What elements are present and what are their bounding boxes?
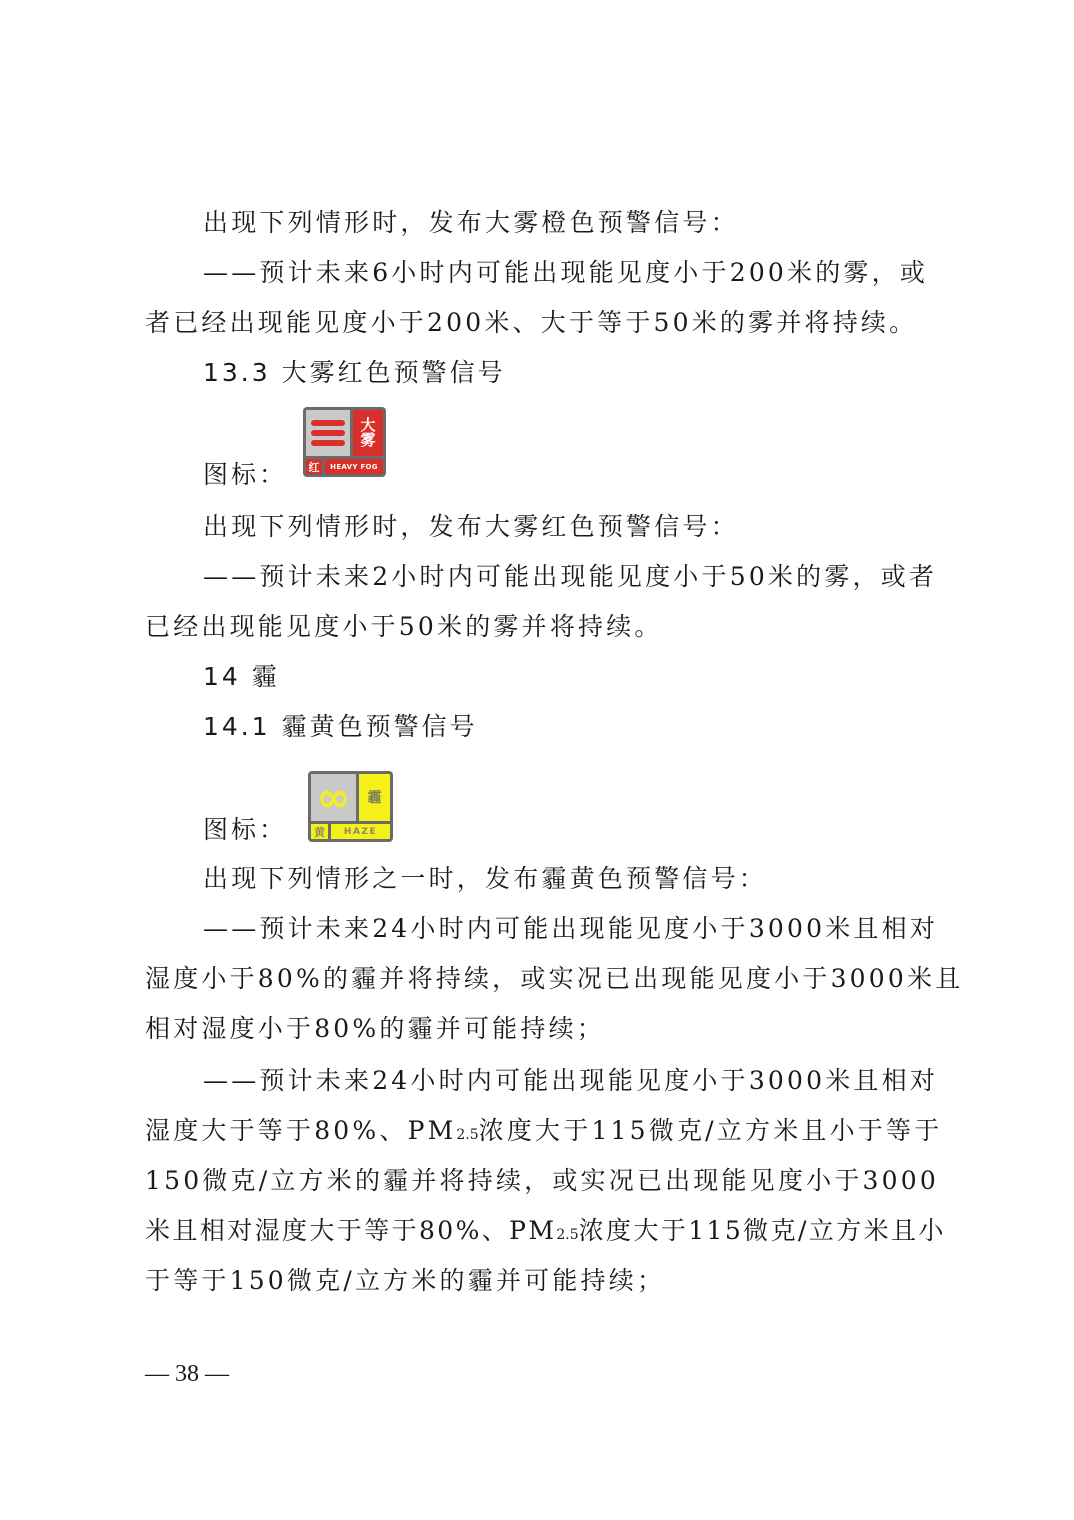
text-segment: 浓度大于115微克/立方米且小 xyxy=(579,1216,946,1245)
fog-bar-icon xyxy=(311,430,345,436)
paragraph-haze-criteria-1-cont: 湿度小于80%的霾并将持续，或实况已出现能见度小于3000米且 xyxy=(145,964,963,994)
icon-label-fog: 图标： xyxy=(203,460,287,490)
haze-char: 霾 xyxy=(368,791,382,805)
fog-bar-icon xyxy=(311,440,345,446)
paragraph-red-fog-intro: 出现下列情形时，发布大雾红色预警信号： xyxy=(203,512,739,542)
infinity-icon: ∞ xyxy=(317,778,350,818)
text-segment: 湿度大于等于80%、PM xyxy=(145,1116,456,1145)
fog-bars-graphic xyxy=(306,410,350,456)
fog-char-bottom: 雾 xyxy=(360,433,375,448)
section-heading-13-3: 13.3 大雾红色预警信号 xyxy=(203,358,506,388)
haze-char-panel: 霾 xyxy=(359,774,390,821)
haze-yellow-signal-icon: ∞ 霾 黄 HAZE xyxy=(308,771,393,842)
paragraph-haze-criteria-2: ——预计未来24小时内可能出现能见度小于3000米且相对 xyxy=(203,1066,938,1096)
text-segment: 浓度大于115微克/立方米且小于等于 xyxy=(479,1116,943,1145)
pm-subscript: 2.5 xyxy=(456,1127,478,1143)
section-heading-14-1: 14.1 霾黄色预警信号 xyxy=(203,712,478,742)
paragraph-haze-criteria-2-cont3: 米且相对湿度大于等于80%、PM2.5浓度大于115微克/立方米且小 xyxy=(145,1216,946,1250)
paragraph-yellow-haze-intro: 出现下列情形之一时，发布霾黄色预警信号： xyxy=(203,864,767,894)
paragraph-haze-criteria-2-cont2: 150微克/立方米的霾并将持续，或实况已出现能见度小于3000 xyxy=(145,1166,939,1196)
fog-bar-icon xyxy=(311,420,345,426)
paragraph-haze-criteria-1: ——预计未来24小时内可能出现能见度小于3000米且相对 xyxy=(203,914,938,944)
haze-infinity-graphic: ∞ xyxy=(311,774,356,821)
fog-char-panel: 大 雾 xyxy=(353,410,383,456)
fog-level-char: 红 xyxy=(306,459,322,474)
paragraph-haze-criteria-2-cont: 湿度大于等于80%、PM2.5浓度大于115微克/立方米且小于等于 xyxy=(145,1116,942,1150)
paragraph-red-fog-criteria-cont: 已经出现能见度小于50米的雾并将持续。 xyxy=(145,612,663,642)
paragraph-orange-fog-criteria: ——预计未来6小时内可能出现能见度小于200米的雾，或 xyxy=(203,258,928,288)
paragraph-haze-criteria-1-end: 相对湿度小于80%的霾并可能持续； xyxy=(145,1014,605,1044)
paragraph-orange-fog-intro: 出现下列情形时，发布大雾橙色预警信号： xyxy=(203,208,739,238)
haze-level-char: 黄 xyxy=(311,824,328,839)
haze-english-label: HAZE xyxy=(331,824,390,839)
heavy-fog-red-signal-icon: 大 雾 红 HEAVY FOG xyxy=(303,407,386,477)
page-number: — 38 — xyxy=(145,1359,229,1389)
paragraph-haze-criteria-2-end: 于等于150微克/立方米的霾并可能持续； xyxy=(145,1266,665,1296)
paragraph-red-fog-criteria: ——预计未来2小时内可能出现能见度小于50米的雾，或者 xyxy=(203,562,937,592)
fog-english-label: HEAVY FOG xyxy=(325,459,383,474)
text-segment: 米且相对湿度大于等于80%、PM xyxy=(145,1216,556,1245)
section-heading-14: 14 霾 xyxy=(203,662,280,692)
paragraph-orange-fog-criteria-cont: 者已经出现能见度小于200米、大于等于50米的雾并将持续。 xyxy=(145,308,917,338)
pm-subscript: 2.5 xyxy=(556,1227,578,1243)
icon-label-haze: 图标： xyxy=(203,815,287,845)
